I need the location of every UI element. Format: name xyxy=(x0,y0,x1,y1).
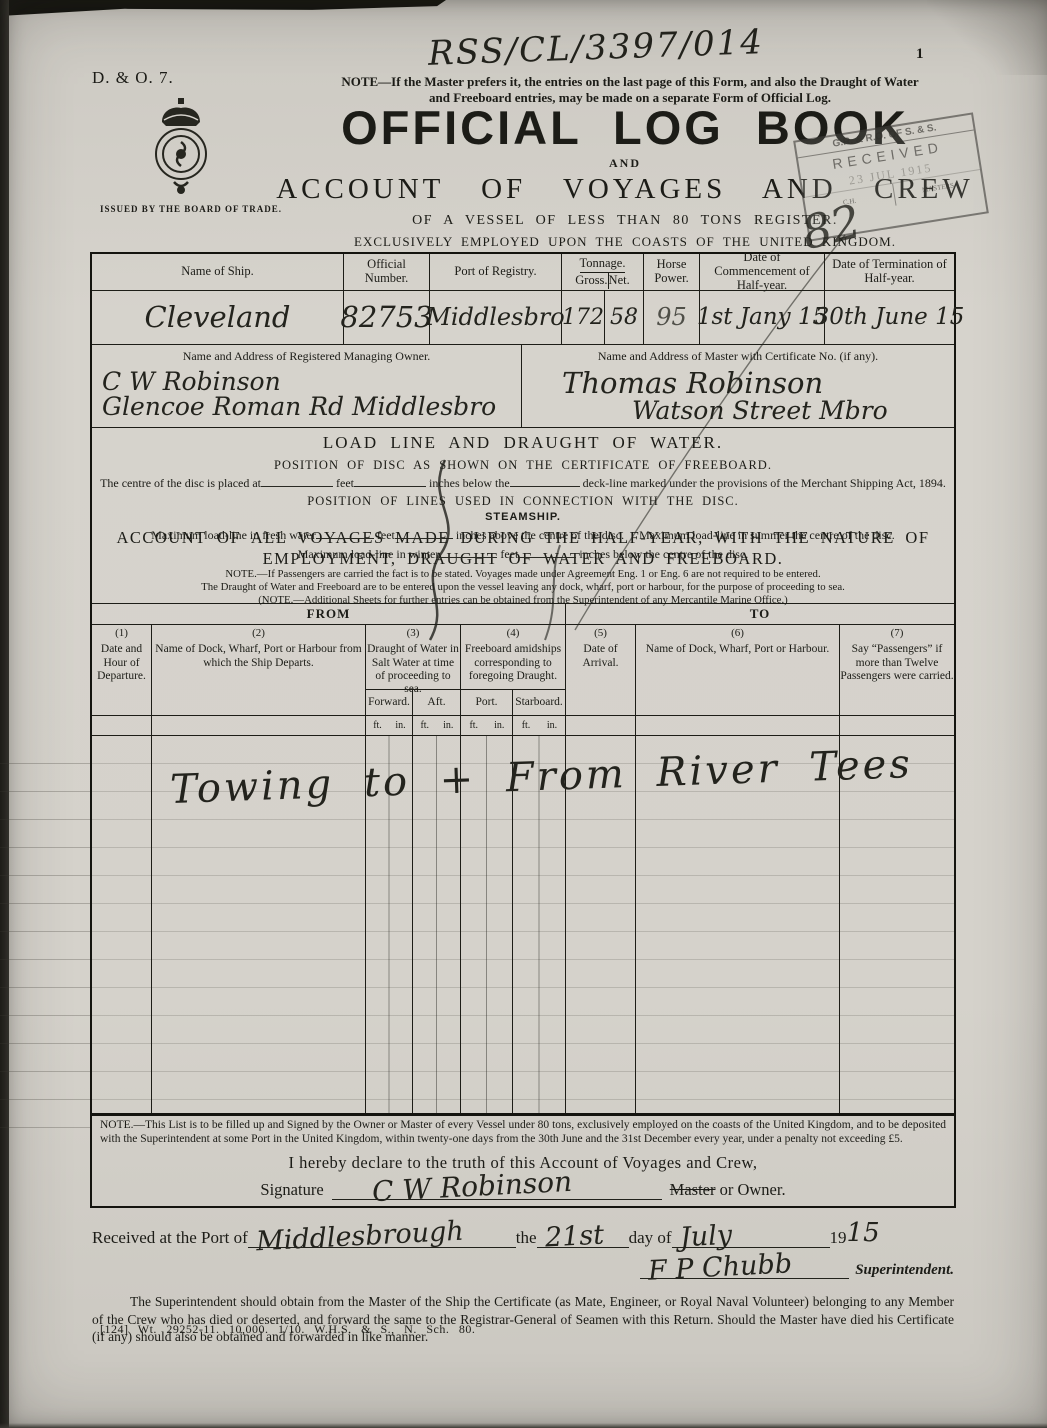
to-label: TO xyxy=(566,604,954,624)
load-line-line1: The centre of the disc is placed at feet… xyxy=(92,474,954,492)
board-of-trade-crest-icon xyxy=(148,96,214,205)
superintendent-label: Superintendent. xyxy=(855,1262,954,1279)
printer-imprint: [124] Wt. 29252-11. 10,000. 1/10. W.H.S.… xyxy=(100,1322,475,1337)
received-month-handwritten: July xyxy=(679,1220,733,1254)
from-label: FROM xyxy=(92,604,566,624)
header-gross: Gross. xyxy=(575,273,608,289)
ship-table-header-row: Name of Ship. Official Number. Port of R… xyxy=(92,254,954,291)
load-line-sub2: POSITION OF LINES USED IN CONNECTION WIT… xyxy=(92,492,954,510)
subheader-starboard: Starboard. xyxy=(513,689,566,716)
from-to-band: FROM TO xyxy=(92,604,954,625)
received-label: Received at the Port of xyxy=(92,1228,248,1248)
received-year-handwritten: 15 xyxy=(847,1218,880,1248)
value-horse-power: 95 xyxy=(656,303,687,331)
archive-reference-handwritten: RSS/CL/3397/014 xyxy=(427,22,764,74)
master-header: Name and Address of Master with Certific… xyxy=(598,349,878,363)
header-name-of-ship: Name of Ship. xyxy=(92,254,344,290)
form-code: D. & O. 7. xyxy=(92,68,174,88)
header-official-number: Official Number. xyxy=(344,254,430,290)
main-form-box: Name of Ship. Official Number. Port of R… xyxy=(90,252,956,1208)
header-termination: Date of Termination of Half-year. xyxy=(825,254,954,290)
bottom-note: NOTE.—This List is to be filled up and S… xyxy=(92,1116,954,1153)
subheader-forward: Forward. xyxy=(366,689,413,716)
owner-cell: Name and Address of Registered Managing … xyxy=(92,345,522,427)
ship-table-value-row: Cleveland 82753 Middlesbro 172 58 95 1st… xyxy=(92,291,954,345)
col4-title: Freeboard amidships corresponding to for… xyxy=(461,643,565,683)
received-port-line: Middlesbrough xyxy=(248,1227,516,1248)
signature-line: C W Robinson xyxy=(332,1181,662,1200)
subheader-aft: Aft. xyxy=(413,689,461,716)
or-owner: or Owner. xyxy=(720,1180,786,1199)
received-month-line: July xyxy=(672,1227,830,1248)
master-cell: Name and Address of Master with Certific… xyxy=(522,345,954,427)
value-official-number: 82753 xyxy=(340,300,432,334)
value-termination: 30th June 15 xyxy=(815,304,965,330)
owner-name-handwritten: C W Robinson xyxy=(102,369,496,394)
subtitle-line4: EXCLUSIVELY EMPLOYED UPON THE COASTS OF … xyxy=(235,234,1015,250)
scan-edge-top xyxy=(0,0,446,16)
received-day-line: 21st xyxy=(537,1227,629,1248)
signature-row: Signature C W Robinson Master or Owner. xyxy=(92,1176,954,1206)
col1-title: Date and Hour of Departure. xyxy=(92,643,151,683)
col5-title: Date of Arrival. xyxy=(566,643,635,669)
value-commencement: 1st Jany 15 xyxy=(697,304,827,330)
signature-label: Signature xyxy=(260,1180,323,1200)
ruled-lines-left-margin xyxy=(0,736,92,1128)
subheader-port: Port. xyxy=(461,689,513,716)
value-ship-name: Cleveland xyxy=(145,300,291,334)
steamship-label: STEAMSHIP. xyxy=(92,510,954,526)
voyages-note1: NOTE.—If Passengers are carried the fact… xyxy=(92,568,954,581)
voyage-units-row: ft.in. ft.in. ft.in. ft.in. xyxy=(92,716,954,736)
superintendent-signature-handwritten: F P Chubb xyxy=(647,1248,793,1286)
owner-master-row: Name and Address of Registered Managing … xyxy=(92,345,954,428)
load-line-title: LOAD LINE AND DRAUGHT OF WATER. xyxy=(92,431,954,456)
voyages-note2: The Draught of Water and Freeboard are t… xyxy=(92,581,954,594)
received-port-handwritten: Middlesbrough xyxy=(255,1216,464,1258)
header-port-of-registry: Port of Registry. xyxy=(430,254,562,290)
header-net: Net. xyxy=(609,273,630,289)
top-note-line1: NOTE—If the Master prefers it, the entri… xyxy=(300,74,960,90)
received-day-handwritten: 21st xyxy=(544,1219,605,1253)
voyage-subheaders: Forward. Aft. Port. Starboard. xyxy=(92,689,954,716)
value-gross: 172 xyxy=(562,305,604,330)
value-tonnage: 172 58 xyxy=(562,291,644,344)
owner-header: Name and Address of Registered Managing … xyxy=(183,349,431,363)
voyages-notes: NOTE.—If Passengers are carried the fact… xyxy=(92,568,954,604)
value-port-of-registry: Middlesbro xyxy=(426,303,564,331)
master-name-handwritten: Thomas Robinson xyxy=(562,369,888,398)
load-line-section: LOAD LINE AND DRAUGHT OF WATER. POSITION… xyxy=(92,428,954,526)
header-tonnage-label: Tonnage. xyxy=(580,255,626,273)
page-number: 1 xyxy=(916,46,924,63)
master-word-struck: Master xyxy=(670,1180,716,1199)
scanned-log-book-page: RSS/CL/3397/014 1 D. & O. 7. NOTE—If the… xyxy=(0,0,1047,1428)
superintendent-note: The Superintendent should obtain from th… xyxy=(92,1293,954,1346)
owner-address-handwritten: Glencoe Roman Rd Middlesbro xyxy=(102,394,496,419)
scan-edge-bottom xyxy=(0,1423,1047,1428)
voyage-table-body: Towing to + From River Tees xyxy=(92,736,954,1116)
superintendent-signature-line: F P Chubb xyxy=(640,1258,849,1279)
col6-title: Name of Dock, Wharf, Port or Harbour. xyxy=(646,643,829,656)
page-corner-shadow xyxy=(927,0,1047,75)
load-line-sub1: POSITION OF DISC AS SHOWN ON THE CERTIFI… xyxy=(92,456,954,474)
header-horse-power: Horse Power. xyxy=(644,254,700,290)
header-commencement: Date of Commencement of Half-year. xyxy=(700,254,825,290)
scan-edge-left xyxy=(0,0,9,1428)
value-net: 58 xyxy=(610,305,638,330)
header-tonnage: Tonnage. Gross. Net. xyxy=(562,254,644,290)
col2-title: Name of Dock, Wharf, Port or Harbour fro… xyxy=(152,643,365,669)
voyage-column-titles: (1)Date and Hour of Departure. (2)Name o… xyxy=(92,625,954,689)
col7-title: Say “Passengers” if more than Twelve Pas… xyxy=(840,643,954,683)
master-address-handwritten: Watson Street Mbro xyxy=(632,398,888,423)
